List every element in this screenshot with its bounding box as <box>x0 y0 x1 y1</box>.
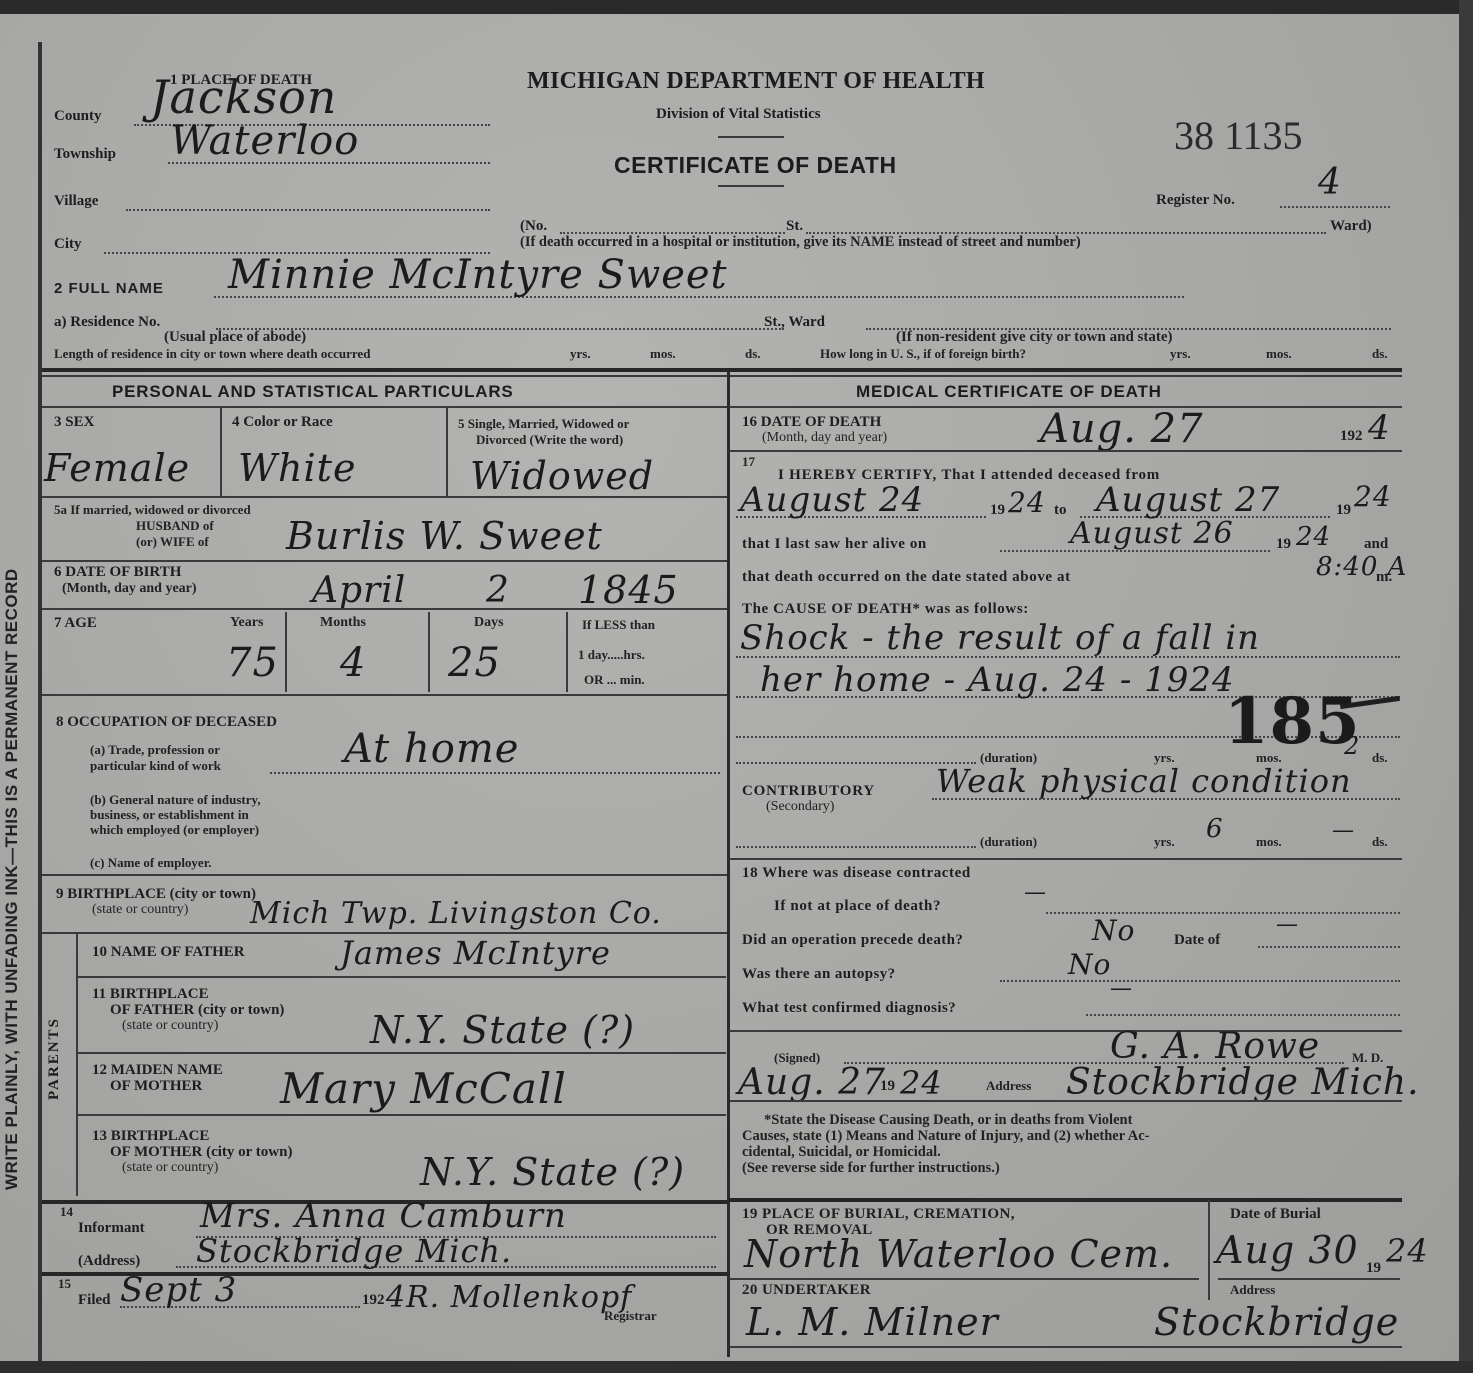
age-years-label: Years <box>230 615 263 631</box>
time-suffix: m. <box>1376 569 1392 586</box>
dob-day: 2 <box>486 570 510 611</box>
agency-title: MICHIGAN DEPARTMENT OF HEALTH <box>527 68 985 95</box>
spouse-label-1: 5a If married, widowed or divorced <box>54 502 251 518</box>
rule <box>76 1114 726 1116</box>
sex-label: 3 SEX <box>54 414 94 431</box>
rule <box>285 612 287 692</box>
q18-sub: If not at place of death? <box>774 898 941 915</box>
undertaker-address-label: Address <box>1230 1282 1275 1298</box>
filed-year-prefix: 192 <box>362 1292 385 1309</box>
dod-year-prefix: 192 <box>1340 428 1363 445</box>
parents-rule <box>76 932 78 1196</box>
title-rule-top <box>718 136 784 138</box>
burial-year-prefix: 19 <box>1366 1260 1381 1277</box>
registrar-label: Registrar <box>604 1308 657 1324</box>
undertaker-address-value: Stockbridge <box>1154 1300 1399 1344</box>
birthplace-value: Mich Twp. Livingston Co. <box>250 896 662 931</box>
attended-to-year-prefix: 19 <box>1336 502 1351 519</box>
form-left-rule <box>38 42 42 1362</box>
spouse-label-2: HUSBAND of <box>136 518 214 534</box>
contrib-duration-label: (duration) <box>980 834 1037 850</box>
undertaker-value: L. M. Milner <box>746 1300 999 1344</box>
age-years-value: 75 <box>226 640 279 686</box>
township-label: Township <box>54 146 116 163</box>
operation-label: Did an operation precede death? <box>742 932 963 949</box>
rule <box>729 1278 1199 1280</box>
mother-birth-label-3: (state or country) <box>122 1160 218 1176</box>
us-ds-label: ds. <box>1372 346 1388 362</box>
rule <box>220 406 222 496</box>
trade-value: At home <box>344 726 519 772</box>
age-days-value: 25 <box>448 640 501 686</box>
marital-value: Widowed <box>470 454 654 498</box>
contrib-yrs-label: yrs. <box>1154 834 1175 850</box>
dod-sublabel: (Month, day and year) <box>762 430 887 446</box>
father-birth-label-1: 11 BIRTHPLACE <box>92 986 209 1003</box>
mother-birth-value: N.Y. State (?) <box>420 1150 685 1194</box>
rule <box>428 612 430 692</box>
burial-place-label-1: 19 PLACE OF BURIAL, CREMATION, <box>742 1206 1015 1223</box>
test-label: What test confirmed diagnosis? <box>742 1000 956 1017</box>
footnote-3: cidental, Suicidal, or Homicidal. <box>742 1144 941 1161</box>
scan-border-top <box>0 0 1473 14</box>
rule <box>1208 1200 1210 1300</box>
register-label: Register No. <box>1156 192 1235 209</box>
street-no-label: (No. <box>520 218 547 235</box>
father-value: James McIntyre <box>340 934 611 972</box>
attended-from-year-prefix: 19 <box>990 502 1005 519</box>
rule <box>42 694 727 696</box>
township-value: Waterloo <box>170 118 359 164</box>
dod-label: 16 DATE OF DEATH <box>742 414 881 431</box>
rule <box>566 612 568 692</box>
date-of-value: — <box>1276 912 1299 937</box>
informant-address-value: Stockbridge Mich. <box>196 1232 512 1270</box>
rule <box>729 1198 1402 1202</box>
dob-month: April <box>312 570 406 611</box>
register-value: 4 <box>1318 162 1342 203</box>
contrib-mos-label: mos. <box>1256 834 1282 850</box>
signed-year-prefix: 19 <box>880 1078 895 1095</box>
side-notice: WRITE PLAINLY, WITH UNFADING INK—THIS IS… <box>2 230 30 1190</box>
county-value: Jackson <box>150 70 337 124</box>
footnote-2: Causes, state (1) Means and Nature of In… <box>742 1128 1149 1145</box>
burial-date-label: Date of Burial <box>1230 1206 1321 1223</box>
signed-value: G. A. Rowe <box>1110 1026 1320 1067</box>
less-min-label: OR ... min. <box>584 672 645 688</box>
trade-label-2: particular kind of work <box>90 758 221 774</box>
registrar-value: R. Mollenkopf <box>406 1280 632 1315</box>
certificate-title: CERTIFICATE OF DEATH <box>614 152 897 179</box>
title-rule-bottom <box>718 185 784 187</box>
rule <box>42 608 727 610</box>
spouse-value: Burlis W. Sweet <box>286 514 603 558</box>
full-name-value: Minnie McIntyre Sweet <box>228 252 728 298</box>
date-of-label: Date of <box>1174 932 1220 949</box>
industry-label-3: which employed (or employer) <box>90 822 259 838</box>
cause-ds-label: ds. <box>1372 750 1388 766</box>
footnote-4: (See reverse side for further instructio… <box>742 1160 1000 1177</box>
birthplace-sublabel: (state or country) <box>92 902 188 918</box>
attended-from: August 24 <box>740 480 924 520</box>
rule <box>729 450 1402 452</box>
cause-code: 185 <box>1224 684 1361 759</box>
age-months-value: 4 <box>340 640 366 686</box>
burial-place-value: North Waterloo Cem. <box>744 1232 1173 1276</box>
rule <box>729 1346 1402 1348</box>
burial-date-value: Aug 30 <box>1216 1228 1359 1272</box>
q18-label: 18 Where was disease contracted <box>742 865 971 882</box>
res-mos-label: mos. <box>650 346 676 362</box>
less-day-label: 1 day.....hrs. <box>578 647 645 663</box>
contributory-label: CONTRIBUTORY <box>742 783 875 800</box>
age-label: 7 AGE <box>54 615 97 632</box>
occurred-text: that death occurred on the date stated a… <box>742 569 1071 586</box>
last-saw-year-prefix: 19 <box>1276 536 1291 553</box>
rule <box>76 1052 726 1054</box>
informant-number: 14 <box>60 1204 73 1220</box>
less-than-label: If LESS than <box>582 617 655 633</box>
dod-value: Aug. 27 <box>1040 406 1204 452</box>
rule <box>729 1100 1402 1102</box>
test-line <box>1086 1014 1400 1016</box>
contributory-value: Weak physical condition <box>936 762 1352 800</box>
mother-label-1: 12 MAIDEN NAME <box>92 1062 223 1079</box>
rule <box>446 406 448 496</box>
rule <box>42 496 727 498</box>
time-value: 8:40 A <box>1316 552 1407 582</box>
marital-label-1: 5 Single, Married, Widowed or <box>458 416 629 432</box>
parents-label: PARENTS <box>46 1017 63 1100</box>
rule <box>42 560 727 562</box>
dob-sublabel: (Month, day and year) <box>62 581 197 597</box>
burial-year-suffix: 24 <box>1386 1232 1429 1270</box>
race-label: 4 Color or Race <box>232 414 333 431</box>
industry-label-2: business, or establishment in <box>90 807 249 823</box>
race-value: White <box>238 446 356 490</box>
physician-address-value: Stockbridge Mich. <box>1066 1062 1420 1103</box>
contrib-duration-line <box>736 846 976 848</box>
marital-label-2: Divorced (Write the word) <box>476 432 623 448</box>
informant-address-label: (Address) <box>78 1253 140 1270</box>
informant-value: Mrs. Anna Camburn <box>200 1196 567 1236</box>
street-label: St. <box>786 218 803 235</box>
rule <box>1218 1278 1400 1280</box>
father-birth-label-2: OF FATHER (city or town) <box>110 1002 284 1019</box>
occupation-label: 8 OCCUPATION OF DECEASED <box>56 714 277 731</box>
industry-label-1: (b) General nature of industry, <box>90 792 261 808</box>
physician-address-label: Address <box>986 1078 1031 1094</box>
footnote-1: *State the Disease Causing Death, or in … <box>764 1112 1132 1129</box>
mother-birth-label-2: OF MOTHER (city or town) <box>110 1144 292 1161</box>
res-ds-label: ds. <box>745 346 761 362</box>
contrib-duration-mos: 6 <box>1206 814 1224 844</box>
dod-year-suffix: 4 <box>1368 408 1391 448</box>
death-certificate: WRITE PLAINLY, WITH UNFADING INK—THIS IS… <box>0 0 1473 1373</box>
filed-date: Sept 3 <box>120 1270 237 1310</box>
scan-border-right <box>1459 0 1473 1373</box>
register-line <box>1280 206 1390 208</box>
mother-label-2: OF MOTHER <box>110 1078 202 1095</box>
residence-label: a) Residence No. <box>54 314 160 331</box>
employer-label: (c) Name of employer. <box>90 855 212 871</box>
certify-number: 17 <box>742 454 755 470</box>
last-saw-year: 24 <box>1296 522 1331 552</box>
autopsy-line <box>1000 980 1400 982</box>
and-label: and <box>1364 536 1388 553</box>
to-label: to <box>1054 502 1067 519</box>
signed-year-suffix: 24 <box>900 1064 943 1102</box>
filed-label: Filed <box>78 1292 111 1309</box>
certificate-number: 38 1135 <box>1174 112 1303 159</box>
mother-value: Mary McCall <box>280 1064 567 1113</box>
st-ward-label: St., Ward <box>764 314 825 331</box>
rule <box>42 406 727 408</box>
residence-sublabel: (Usual place of abode) <box>164 329 306 346</box>
father-label: 10 NAME OF FATHER <box>92 944 245 961</box>
cause-line-1-value: Shock - the result of a fall in <box>740 618 1260 658</box>
undertaker-label: 20 UNDERTAKER <box>742 1282 871 1299</box>
sex-value: Female <box>44 446 190 490</box>
dob-label: 6 DATE OF BIRTH <box>54 564 181 581</box>
autopsy-label: Was there an autopsy? <box>742 966 896 983</box>
column-divider <box>727 372 730 1357</box>
informant-label: Informant <box>78 1220 145 1237</box>
us-residence-label: How long in U. S., if of foreign birth? <box>820 346 1026 362</box>
medical-section-title: MEDICAL CERTIFICATE OF DEATH <box>856 382 1162 402</box>
autopsy-value: No <box>1068 948 1111 981</box>
contributory-sublabel: (Secondary) <box>766 799 834 815</box>
attended-from-year: 24 <box>1008 486 1046 519</box>
ward-label: Ward) <box>1330 218 1372 235</box>
cause-line-2-value: her home - Aug. 24 - 1924 <box>760 660 1235 700</box>
trade-label-1: (a) Trade, profession or <box>90 742 220 758</box>
operation-value: No <box>1092 914 1135 947</box>
length-of-residence-label: Length of residence in city or town wher… <box>54 346 370 362</box>
cause-label: The CAUSE OF DEATH* was as follows: <box>742 601 1029 618</box>
rule <box>729 858 1402 860</box>
filed-number: 15 <box>58 1276 71 1292</box>
village-line <box>126 209 490 211</box>
filed-year-suffix: 4 <box>386 1280 406 1315</box>
age-months-label: Months <box>320 615 366 631</box>
cause-duration-days: 2 <box>1344 732 1360 760</box>
nonresident-note: (If non-resident give city or town and s… <box>896 329 1173 346</box>
rule <box>76 976 726 978</box>
us-mos-label: mos. <box>1266 346 1292 362</box>
last-saw-text: that I last saw her alive on <box>742 536 927 553</box>
county-label: County <box>54 108 102 125</box>
date-of-line <box>1258 946 1400 948</box>
us-yrs-label: yrs. <box>1170 346 1191 362</box>
mother-birth-label-1: 13 BIRTHPLACE <box>92 1128 209 1145</box>
city-label: City <box>54 236 82 253</box>
q18-value: — <box>1024 880 1047 905</box>
division-title: Division of Vital Statistics <box>656 106 821 123</box>
father-birth-value: N.Y. State (?) <box>370 1008 635 1052</box>
village-label: Village <box>54 193 98 210</box>
rule <box>42 874 727 876</box>
attended-to-year: 24 <box>1354 480 1392 513</box>
contrib-duration-ds: — <box>1332 818 1355 843</box>
father-birth-label-3: (state or country) <box>122 1018 218 1034</box>
section-rule-double <box>42 375 1402 377</box>
last-saw-value: August 26 <box>1070 516 1234 551</box>
attended-to: August 27 <box>1096 480 1280 520</box>
hospital-note: (If death occurred in a hospital or inst… <box>520 234 1081 251</box>
res-yrs-label: yrs. <box>570 346 591 362</box>
section-rule <box>42 368 1402 372</box>
test-value: — <box>1110 976 1133 1001</box>
dob-year: 1845 <box>578 568 679 612</box>
personal-section-title: PERSONAL AND STATISTICAL PARTICULARS <box>112 382 514 402</box>
age-days-label: Days <box>474 615 504 631</box>
signed-date: Aug. 27 <box>738 1062 886 1103</box>
scan-border-bottom <box>0 1361 1473 1373</box>
contrib-ds-label: ds. <box>1372 834 1388 850</box>
full-name-label: 2 FULL NAME <box>54 280 164 297</box>
birthplace-label: 9 BIRTHPLACE (city or town) <box>56 886 256 903</box>
trade-line <box>270 772 720 774</box>
spouse-label-3: (or) WIFE of <box>136 534 209 550</box>
